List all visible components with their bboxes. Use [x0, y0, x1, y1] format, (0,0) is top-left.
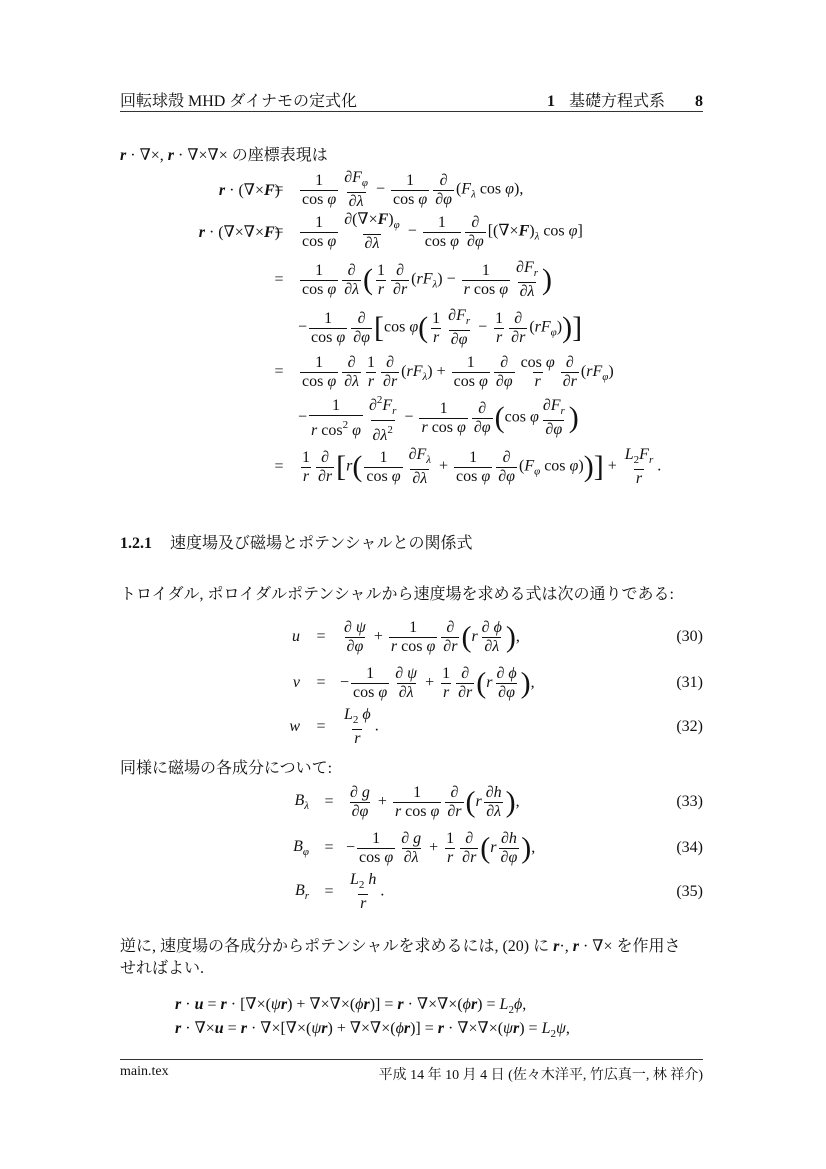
paragraph-inverse-line2: せればよい.	[120, 958, 710, 980]
equation-lhs: Br	[295, 882, 309, 902]
equation-row: Br = L2 hr. (35)	[0, 872, 826, 912]
paragraph-inverse-part2: を作用さ	[616, 938, 680, 955]
equation-rhs: ∂ ψ∂φ + 1r cos φ∂∂r(r∂ ϕ∂λ),	[340, 619, 520, 656]
equation-number: (31)	[676, 674, 703, 692]
equation-row: w = L2 ϕr. (32)	[0, 707, 826, 747]
document-title: 回転球殻 MHD ダイナモの定式化	[120, 88, 357, 111]
footer-rule	[120, 1059, 703, 1060]
equation-lhs: Bλ	[294, 792, 309, 812]
equation-rhs: 1cos φ∂∂λ1r∂∂r(rFλ) + 1cos φ∂∂φcos φr∂∂r…	[298, 354, 614, 391]
paragraph-inverse-math: r·, r · ∇×	[553, 938, 612, 955]
equation-row: −1r cos2 φ∂2Fr∂λ2 − 1r cos φ∂∂φ(cos φ∂Fr…	[0, 396, 826, 440]
equals-sign: =	[306, 718, 336, 736]
equation-row: u = ∂ ψ∂φ + 1r cos φ∂∂r(r∂ ϕ∂λ), (30)	[0, 615, 826, 659]
equals-sign: =	[264, 223, 294, 241]
equation-row: v = −1cos φ∂ ψ∂λ + 1r∂∂r(r∂ ϕ∂φ), (31)	[0, 661, 826, 705]
section-number: 1	[547, 93, 555, 110]
equals-sign: =	[314, 883, 344, 901]
equals-sign: =	[306, 674, 336, 692]
equation-lhs: Bφ	[293, 838, 309, 858]
equation-number: (32)	[676, 718, 703, 736]
section-heading-number: 1.2.1	[120, 535, 152, 552]
equation-rhs: L2 hr.	[346, 871, 384, 913]
equation-lhs: u	[292, 628, 300, 646]
equals-sign: =	[264, 181, 294, 199]
equals-sign: =	[264, 271, 294, 289]
section-title: 基礎方程式系	[569, 93, 665, 110]
paragraph-velocity-intro: トロイダル, ポロイダルポテンシャルから速度場を求める式は次の通りである:	[120, 584, 674, 606]
equation-rhs: 1cos φ∂(∇×F)φ∂λ − 1cos φ∂∂φ[(∇×F)λ cos φ…	[298, 211, 583, 253]
section-heading: 1.2.1速度場及び磁場とポテンシャルとの関係式	[120, 530, 472, 553]
equation-number: (35)	[676, 883, 703, 901]
equation-row: = 1r∂∂r[r(1cos φ∂Fλ∂λ + 1cos φ∂∂φ(Fφ cos…	[0, 444, 826, 490]
equation-row: r · (∇×∇×F) = 1cos φ∂(∇×F)φ∂λ − 1cos φ∂∂…	[0, 212, 826, 252]
equation-rhs: 1cos φ∂∂λ(1r∂∂r(rFλ) − 1r cos φ∂Fr∂λ)	[298, 259, 552, 301]
equation-number: (30)	[676, 628, 703, 646]
footer-date-authors: 平成 14 年 10 月 4 日 (佐々木洋平, 竹広真一, 林 祥介)	[379, 1064, 703, 1084]
paragraph-inverse-part1: 逆に, 速度場の各成分からポテンシャルを求めるには, (20) に	[120, 938, 549, 955]
equation-rhs: ∂ g∂φ + 1r cos φ∂∂r(r∂h∂λ),	[346, 784, 520, 821]
header-rule	[120, 111, 703, 112]
equation-lhs: v	[293, 674, 300, 692]
equals-sign: =	[314, 839, 344, 857]
final-equation-1: r · u = r · [∇×(ψr) + ∇×∇×(ϕr)] = r · ∇×…	[175, 994, 526, 1021]
page-number: 8	[695, 93, 703, 110]
equation-row: = 1cos φ∂∂λ1r∂∂r(rFλ) + 1cos φ∂∂φcos φr∂…	[0, 352, 826, 392]
equation-lhs: w	[289, 718, 300, 736]
equation-number: (33)	[676, 793, 703, 811]
equation-rhs: 1cos φ∂Fφ∂λ − 1cos φ∂∂φ(Fλ cos φ),	[298, 169, 523, 211]
paragraph-inverse: 逆に, 速度場の各成分からポテンシャルを求めるには, (20) に r·, r …	[120, 936, 710, 980]
equation-rhs: L2 ϕr.	[340, 706, 379, 748]
equals-sign: =	[264, 458, 294, 476]
equals-sign: =	[314, 793, 344, 811]
equation-row: −1cos φ∂∂φ[cos φ(1r∂Fr∂φ − 1r∂∂r(rFφ))]	[0, 306, 826, 350]
intro-suffix: の座標表現は	[232, 147, 328, 164]
equation-row: = 1cos φ∂∂λ(1r∂∂r(rFλ) − 1r cos φ∂Fr∂λ)	[0, 258, 826, 302]
equation-rhs: 1r∂∂r[r(1cos φ∂Fλ∂λ + 1cos φ∂∂φ(Fφ cos φ…	[298, 446, 661, 488]
equation-row: Bφ = −1cos φ∂ g∂λ + 1r∂∂r(r∂h∂φ), (34)	[0, 826, 826, 870]
equals-sign: =	[264, 363, 294, 381]
intro-math: r · ∇×, r · ∇×∇×	[120, 147, 228, 164]
paragraph-magnetic-intro: 同様に磁場の各成分について:	[120, 758, 332, 780]
equation-rhs: −1cos φ∂∂φ[cos φ(1r∂Fr∂φ − 1r∂∂r(rFφ))]	[298, 307, 582, 349]
footer-filename: main.tex	[120, 1064, 169, 1080]
equals-sign: =	[306, 628, 336, 646]
header-section: 1基礎方程式系8	[547, 88, 703, 111]
equation-rhs: −1cos φ∂ ψ∂λ + 1r∂∂r(r∂ ϕ∂φ),	[340, 665, 535, 702]
intro-text: r · ∇×, r · ∇×∇× の座標表現は	[120, 145, 328, 167]
equation-rhs: −1r cos2 φ∂2Fr∂λ2 − 1r cos φ∂∂φ(cos φ∂Fr…	[298, 391, 579, 445]
running-header: 回転球殻 MHD ダイナモの定式化 1基礎方程式系8	[120, 88, 703, 110]
equation-row: r · (∇×F) = 1cos φ∂Fφ∂λ − 1cos φ∂∂φ(Fλ c…	[0, 170, 826, 210]
final-equation-2: r · ∇×u = r · ∇×[∇×(ψr) + ∇×∇×(ϕr)] = r …	[175, 1018, 570, 1045]
equation-row: Bλ = ∂ g∂φ + 1r cos φ∂∂r(r∂h∂λ), (33)	[0, 780, 826, 824]
equation-number: (34)	[676, 839, 703, 857]
equation-rhs: −1cos φ∂ g∂λ + 1r∂∂r(r∂h∂φ),	[346, 830, 535, 867]
section-heading-title: 速度場及び磁場とポテンシャルとの関係式	[170, 535, 472, 552]
